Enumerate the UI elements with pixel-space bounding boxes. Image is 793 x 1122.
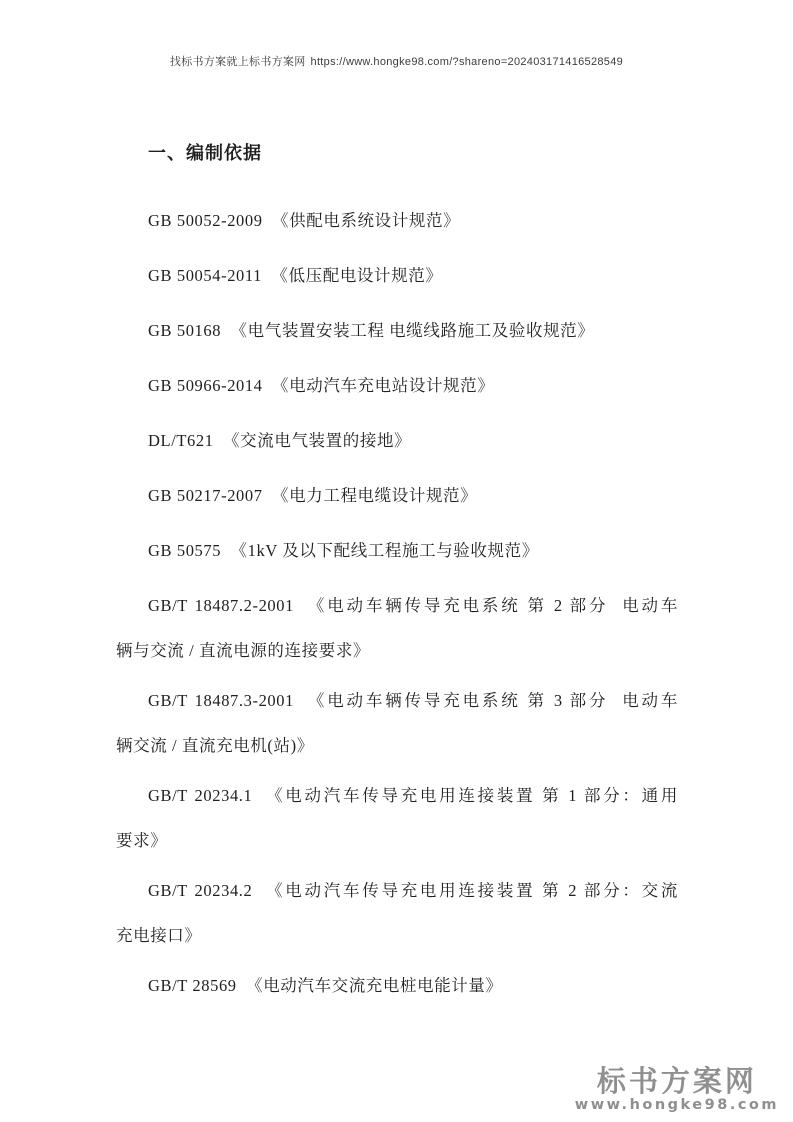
standard-paragraph: GB/T 28569 《电动汽车交流充电桩电能计量》 <box>116 963 678 1008</box>
watermark-badge: 标书方案网 www.hongke98.com <box>575 1065 779 1114</box>
standard-line: GB 50966-2014 《电动汽车充电站设计规范》 <box>116 363 678 408</box>
standard-paragraph: GB 50168 《电气装置安装工程 电缆线路施工及验收规范》 <box>116 308 678 353</box>
document-page: 找标书方案就上标书方案网https://www.hongke98.com/?sh… <box>0 0 793 1122</box>
standard-paragraph: GB 50052-2009 《供配电系统设计规范》 <box>116 198 678 243</box>
standard-line: GB/T 20234.2 《电动汽车传导充电用连接装置 第 2 部分：交流 <box>116 868 678 913</box>
standard-line: GB 50575 《1kV 及以下配线工程施工与验收规范》 <box>116 528 678 573</box>
share-link-label: 找标书方案就上标书方案网 <box>170 56 306 68</box>
standard-line: 充电接口》 <box>116 913 678 958</box>
watermark-site-url: www.hongke98.com <box>575 1097 779 1114</box>
standard-paragraph: GB/T 20234.1 《电动汽车传导充电用连接装置 第 1 部分：通用要求》 <box>116 773 678 863</box>
standard-paragraph: GB/T 18487.3-2001 《电动车辆传导充电系统 第 3 部分 电动车… <box>116 678 678 768</box>
standard-line: GB/T 20234.1 《电动汽车传导充电用连接装置 第 1 部分：通用 <box>116 773 678 818</box>
standard-line: 要求》 <box>116 818 678 863</box>
share-link-header: 找标书方案就上标书方案网https://www.hongke98.com/?sh… <box>0 53 793 69</box>
standard-line: GB/T 18487.3-2001 《电动车辆传导充电系统 第 3 部分 电动车 <box>116 678 678 723</box>
paragraph-list: GB 50052-2009 《供配电系统设计规范》GB 50054-2011 《… <box>116 198 678 1008</box>
standard-line: GB/T 28569 《电动汽车交流充电桩电能计量》 <box>116 963 678 1008</box>
standard-line: GB 50217-2007 《电力工程电缆设计规范》 <box>116 473 678 518</box>
standard-line: GB 50054-2011 《低压配电设计规范》 <box>116 253 678 298</box>
section-heading: 一、编制依据 <box>116 140 678 166</box>
standard-paragraph: GB/T 20234.2 《电动汽车传导充电用连接装置 第 2 部分：交流充电接… <box>116 868 678 958</box>
standard-line: GB 50052-2009 《供配电系统设计规范》 <box>116 198 678 243</box>
document-content: 一、编制依据 GB 50052-2009 《供配电系统设计规范》GB 50054… <box>116 140 678 1018</box>
standard-paragraph: GB 50575 《1kV 及以下配线工程施工与验收规范》 <box>116 528 678 573</box>
standard-line: 辆与交流 / 直流电源的连接要求》 <box>116 628 678 673</box>
watermark-site-name: 标书方案网 <box>575 1065 779 1097</box>
standard-paragraph: GB 50054-2011 《低压配电设计规范》 <box>116 253 678 298</box>
standard-line: DL/T621 《交流电气装置的接地》 <box>116 418 678 463</box>
standard-line: 辆交流 / 直流充电机(站)》 <box>116 723 678 768</box>
standard-paragraph: GB/T 18487.2-2001 《电动车辆传导充电系统 第 2 部分 电动车… <box>116 583 678 673</box>
standard-line: GB 50168 《电气装置安装工程 电缆线路施工及验收规范》 <box>116 308 678 353</box>
share-link-url: https://www.hongke98.com/?shareno=202403… <box>311 56 624 68</box>
standard-paragraph: GB 50966-2014 《电动汽车充电站设计规范》 <box>116 363 678 408</box>
standard-paragraph: GB 50217-2007 《电力工程电缆设计规范》 <box>116 473 678 518</box>
standard-line: GB/T 18487.2-2001 《电动车辆传导充电系统 第 2 部分 电动车 <box>116 583 678 628</box>
standard-paragraph: DL/T621 《交流电气装置的接地》 <box>116 418 678 463</box>
